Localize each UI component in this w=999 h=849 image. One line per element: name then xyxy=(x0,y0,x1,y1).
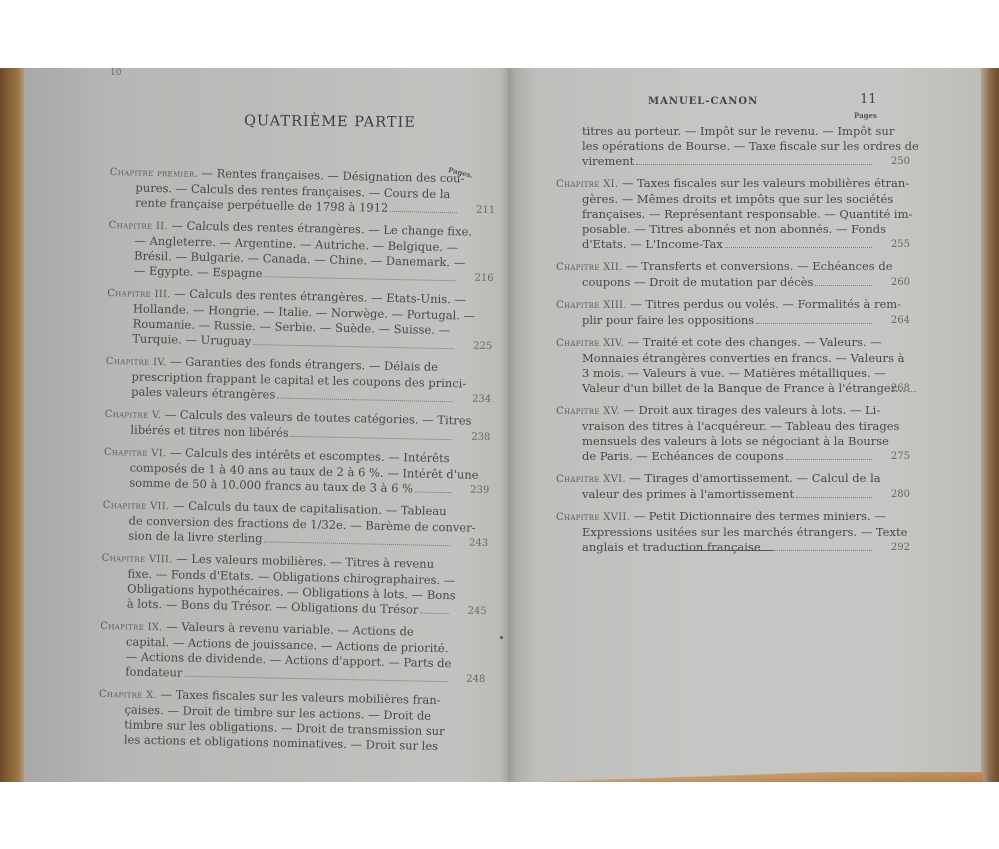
page-number: 248 xyxy=(466,672,485,687)
chapter-label: Chapitre V. xyxy=(105,409,165,421)
page-number: 280 xyxy=(891,487,910,502)
page-number: 260 xyxy=(891,275,910,290)
toc-entry-line: virement xyxy=(556,154,876,169)
dot-leader xyxy=(291,435,452,440)
dot-leader xyxy=(390,210,457,213)
toc-text: — Traité et cote des changes. — Valeurs.… xyxy=(628,335,882,349)
toc-entry-line: anglais et traduction française xyxy=(556,540,876,555)
book-photo: 10 QUATRIÈME PARTIE Pages. Chapitre prem… xyxy=(0,68,999,782)
toc-text: 3 mois. — Valeurs à vue. — Matières méta… xyxy=(582,366,886,380)
toc-text: fondateur xyxy=(125,664,182,679)
toc-entry-line: plir pour faire les oppositions xyxy=(556,313,876,328)
toc-entry: Chapitre XII. — Transferts et conversion… xyxy=(556,259,876,290)
toc-text: valeur des primes à l'amortissement xyxy=(582,487,794,501)
right-pages-label: Pages xyxy=(854,111,877,120)
table-edge-right xyxy=(981,68,999,782)
page-number: 268 xyxy=(891,381,910,396)
page-number: 264 xyxy=(891,313,910,328)
page-number: 216 xyxy=(474,271,493,286)
toc-text: libérés et titres non libérés xyxy=(130,422,289,439)
dot-leader xyxy=(253,343,454,349)
chapter-label: Chapitre IX. xyxy=(100,621,166,633)
chapter-label: Chapitre XIII. xyxy=(556,300,630,311)
toc-entry: Chapitre IV. — Garanties des fonds étran… xyxy=(105,353,458,406)
dot-leader xyxy=(277,397,453,403)
dot-leader xyxy=(415,490,451,493)
page-number: 275 xyxy=(891,449,910,464)
chapter-label: Chapitre XV. xyxy=(556,406,623,417)
chapter-label: Chapitre IV. xyxy=(106,356,170,368)
toc-entry-line: Chapitre XII. — Transferts et conversion… xyxy=(556,259,876,275)
toc-entry-line: mensuels des valeurs à lots se négociant… xyxy=(556,434,876,449)
toc-entry-line: Chapitre XIV. — Traité et cote des chang… xyxy=(556,335,876,351)
toc-entry: Chapitre XIII. — Titres perdus ou volés.… xyxy=(556,297,876,328)
page-number: 234 xyxy=(472,392,491,407)
dot-leader xyxy=(786,458,872,460)
table-edge-bottom xyxy=(500,772,983,782)
chapter-label: Chapitre XII. xyxy=(556,262,626,273)
toc-entry-line: 3 mois. — Valeurs à vue. — Matières méta… xyxy=(556,366,876,381)
toc-entry: Chapitre XVII. — Petit Dictionnaire des … xyxy=(556,509,876,555)
toc-entry: Chapitre II. — Calculs des rentes étrang… xyxy=(108,217,461,285)
dot-leader xyxy=(815,284,872,286)
toc-entry: Chapitre V. — Calculs des valeurs de tou… xyxy=(104,406,457,444)
chapter-label: Chapitre VI. xyxy=(104,447,170,459)
toc-text: sion de la livre sterling xyxy=(128,528,263,545)
toc-entry: Chapitre VI. — Calculs des intérêts et e… xyxy=(103,444,456,497)
toc-text: d'Etats. — L'Income-Tax xyxy=(582,237,723,251)
toc-entry: Chapitre IX. — Valeurs à revenu variable… xyxy=(99,618,452,686)
toc-entry: Chapitre X. — Taxes fiscales sur les val… xyxy=(98,686,451,754)
page-number: 238 xyxy=(471,430,490,445)
toc-text: plir pour faire les oppositions xyxy=(582,313,754,327)
toc-text: virement xyxy=(582,154,634,168)
toc-text: mensuels des valeurs à lots se négociant… xyxy=(582,434,889,448)
toc-entry-line: Chapitre XVII. — Petit Dictionnaire des … xyxy=(556,509,876,525)
toc-text: — Petit Dictionnaire des termes miniers.… xyxy=(634,509,886,523)
toc-text: vraison des titres à l'acquéreur. — Tabl… xyxy=(582,419,899,433)
page-number: 245 xyxy=(467,604,486,619)
toc-entry: Chapitre III. — Calculs des rentes étran… xyxy=(106,285,459,353)
page-number: 292 xyxy=(891,540,910,555)
toc-text: Valeur d'un billet de la Banque de Franc… xyxy=(582,381,906,395)
toc-entry-line: titres au porteur. — Impôt sur le revenu… xyxy=(556,124,876,139)
dot-leader xyxy=(725,246,872,248)
toc-entry-line: Chapitre XIII. — Titres perdus ou volés.… xyxy=(556,297,876,313)
running-head: MANUEL-CANON xyxy=(648,96,758,107)
chapter-label: Chapitre XVII. xyxy=(556,512,634,523)
toc-text: anglais et traduction française xyxy=(582,540,761,554)
toc-text: de Paris. — Echéances de coupons xyxy=(582,449,784,463)
toc-entry-line: Expressions usitées sur les marchés étra… xyxy=(556,525,876,540)
toc-entry: titres au porteur. — Impôt sur le revenu… xyxy=(556,124,876,169)
dot-leader xyxy=(264,540,449,546)
toc-text: françaises. — Représentant responsable. … xyxy=(582,207,912,221)
page-number: 211 xyxy=(476,203,495,218)
toc-entry: Chapitre VII. — Calculs du taux de capit… xyxy=(102,497,455,550)
toc-entry-line: vraison des titres à l'acquéreur. — Tabl… xyxy=(556,419,876,434)
toc-entry-line: Chapitre XV. — Droit aux tirages des val… xyxy=(556,403,876,419)
toc-entry: Chapitre XV. — Droit aux tirages des val… xyxy=(556,403,876,464)
paper-speck xyxy=(500,636,503,639)
toc-text: — Tirages d'amortissement. — Calcul de l… xyxy=(629,471,880,485)
chapter-label: Chapitre premier. xyxy=(110,167,202,180)
book-gutter xyxy=(500,68,516,782)
dot-leader xyxy=(184,675,447,682)
toc-text: — Droit aux tirages des valeurs à lots. … xyxy=(623,403,880,417)
toc-text: — Transferts et conversions. — Echéances… xyxy=(626,259,892,273)
right-page: MANUEL-CANON 11 Pages titres au porteur.… xyxy=(508,68,983,782)
toc-entry: Chapitre VIII. — Les valeurs mobilières.… xyxy=(101,550,454,618)
toc-text: posable. — Titres abonnés et non abonnés… xyxy=(582,222,886,236)
toc-entry-line: coupons — Droit de mutation par décès xyxy=(556,275,876,290)
left-page: 10 QUATRIÈME PARTIE Pages. Chapitre prem… xyxy=(24,68,508,782)
chapter-label: Chapitre X. xyxy=(99,689,161,701)
chapter-label: Chapitre XVI. xyxy=(556,474,629,485)
toc-entry-line: d'Etats. — L'Income-Tax xyxy=(556,237,876,252)
toc-entry-line: de Paris. — Echéances de coupons xyxy=(556,449,876,464)
chapter-label: Chapitre VII. xyxy=(103,500,173,512)
toc-text: gères. — Mêmes droits et impôts que sur … xyxy=(582,192,893,206)
dot-leader xyxy=(796,496,872,498)
end-rule xyxy=(674,550,774,551)
chapter-label: Chapitre XIV. xyxy=(556,338,628,349)
toc-text: — Egypte. — Espagne xyxy=(134,264,263,281)
page-number: 225 xyxy=(473,339,492,354)
toc-entry-line: Monnaies étrangères converties en francs… xyxy=(556,351,876,366)
page-number: 250 xyxy=(891,154,910,169)
toc-text: — Titres perdus ou volés. — Formalités à… xyxy=(630,297,901,311)
toc-left: Chapitre premier. — Rentes françaises. —… xyxy=(98,164,462,761)
toc-text: coupons — Droit de mutation par décès xyxy=(582,275,813,289)
toc-text: pales valeurs étrangères xyxy=(131,384,275,401)
dot-leader xyxy=(756,322,872,324)
toc-entry-line: Chapitre XVI. — Tirages d'amortissement.… xyxy=(556,471,876,487)
toc-entry: Chapitre XVI. — Tirages d'amortissement.… xyxy=(556,471,876,502)
toc-entry: Chapitre XIV. — Traité et cote des chang… xyxy=(556,335,876,396)
toc-entry-line: Chapitre XI. — Taxes fiscales sur les va… xyxy=(556,176,876,192)
page-number: 243 xyxy=(469,536,488,551)
toc-text: — Taxes fiscales sur les valeurs mobiliè… xyxy=(622,176,909,190)
toc-text: Expressions usitées sur les marchés étra… xyxy=(582,525,907,539)
left-page-folio: 10 xyxy=(110,68,121,78)
toc-entry-line: gères. — Mêmes droits et impôts que sur … xyxy=(556,192,876,207)
chapter-label: Chapitre VIII. xyxy=(102,553,177,566)
right-page-folio: 11 xyxy=(860,92,877,107)
toc-entry: Chapitre premier. — Rentes françaises. —… xyxy=(109,164,462,217)
toc-text: les opérations de Bourse. — Taxe fiscale… xyxy=(582,139,919,153)
toc-entry-line: Valeur d'un billet de la Banque de Franc… xyxy=(556,381,876,396)
toc-entry-line: les opérations de Bourse. — Taxe fiscale… xyxy=(556,139,876,154)
toc-entry: Chapitre XI. — Taxes fiscales sur les va… xyxy=(556,176,876,252)
toc-entry-line: posable. — Titres abonnés et non abonnés… xyxy=(556,222,876,237)
dot-leader xyxy=(636,163,872,165)
toc-entry-line: valeur des primes à l'amortissement xyxy=(556,487,876,502)
chapter-label: Chapitre XI. xyxy=(556,179,622,190)
toc-text: Turquie. — Uruguay xyxy=(132,332,251,348)
toc-entry-line: françaises. — Représentant responsable. … xyxy=(556,207,876,222)
toc-right: titres au porteur. — Impôt sur le revenu… xyxy=(556,124,876,562)
dot-leader xyxy=(264,275,455,281)
chapter-label: Chapitre II. xyxy=(109,220,172,232)
dot-leader xyxy=(763,549,872,551)
part-title: QUATRIÈME PARTIE xyxy=(244,113,416,131)
toc-text: titres au porteur. — Impôt sur le revenu… xyxy=(582,124,894,138)
chapter-label: Chapitre III. xyxy=(107,288,174,300)
page-number: 255 xyxy=(891,237,910,252)
page-number: 239 xyxy=(470,483,489,498)
dot-leader xyxy=(420,612,448,615)
toc-text: Monnaies étrangères converties en francs… xyxy=(582,351,904,365)
